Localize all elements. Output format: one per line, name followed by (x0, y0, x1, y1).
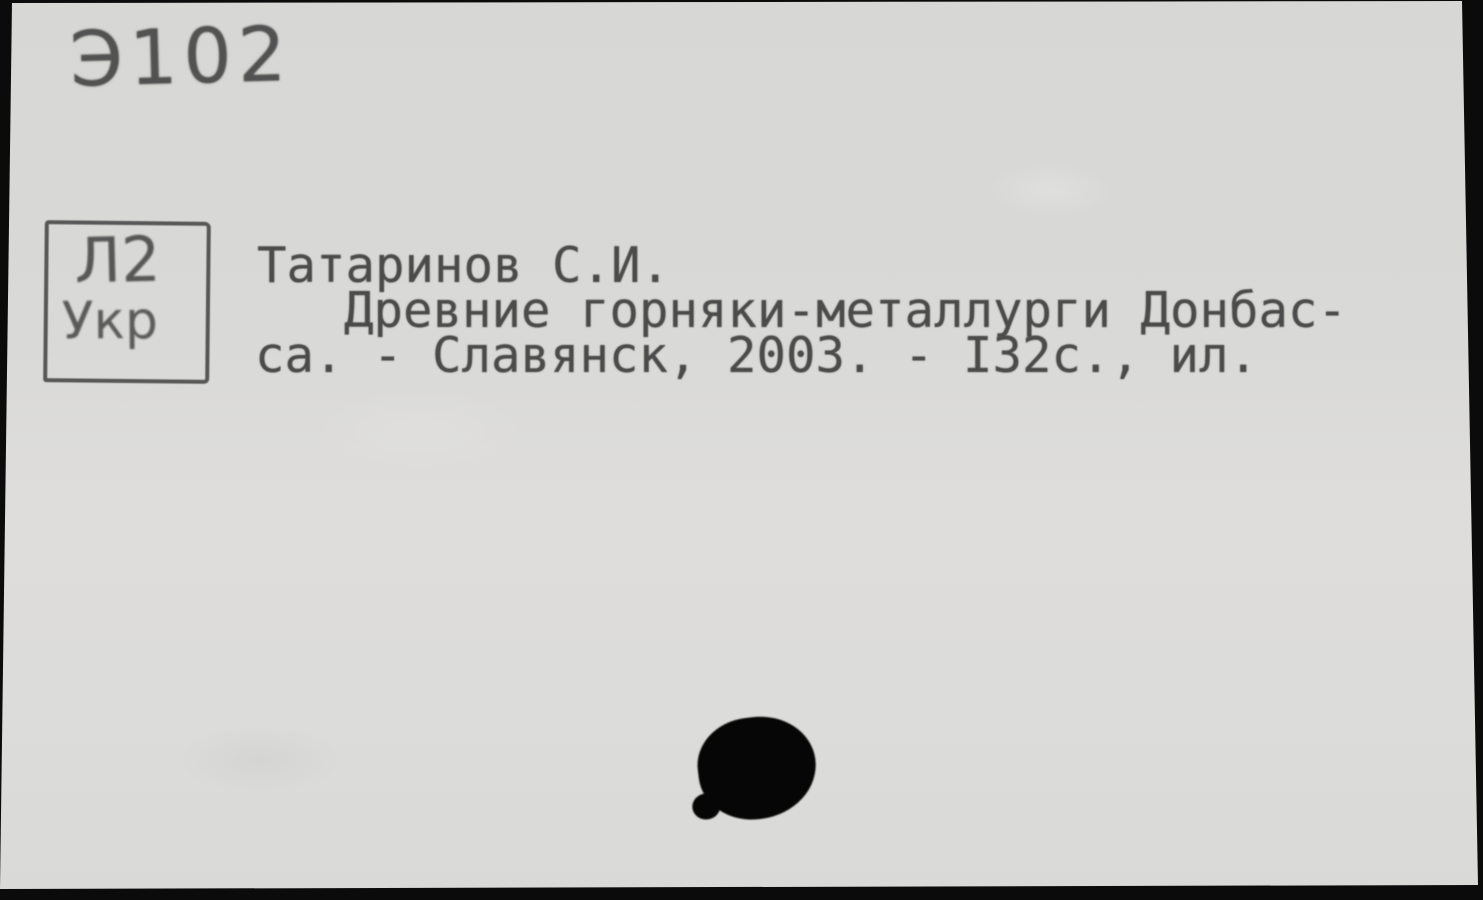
catalog-card: Э102 Л2 Укр Татаринов С.И. Древние горня… (0, 0, 1483, 900)
classification-code: Л2 (74, 228, 207, 293)
handwritten-call-number: Э102 (69, 9, 293, 104)
classification-language-mark: Укр (62, 295, 206, 348)
ink-blot (692, 710, 822, 826)
scanned-catalog-card-image: Э102 Л2 Укр Татаринов С.И. Древние горня… (0, 0, 1483, 900)
classification-box: Л2 Укр (43, 220, 211, 384)
record-imprint-line: са. - Славянск, 2003. - I32с., ил. (255, 331, 1258, 380)
